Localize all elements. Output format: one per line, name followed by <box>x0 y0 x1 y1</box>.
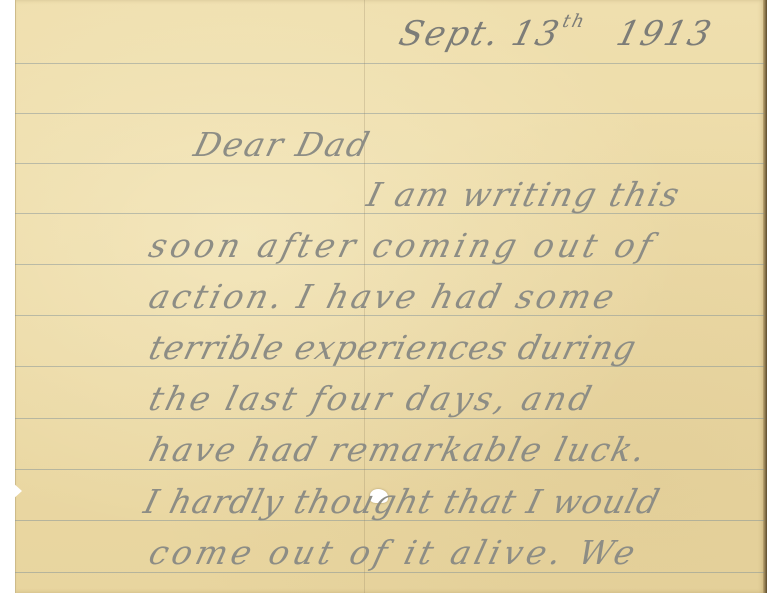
letter-line-2: soon after coming out of <box>145 226 660 265</box>
salutation: Dear Dad <box>190 125 375 164</box>
letter-line-7: I hardly thought that I would <box>140 482 664 521</box>
letter-line-3: action. I have had some <box>145 277 621 316</box>
letter-line-8: come out of it alive. We <box>145 533 643 572</box>
paper-right-edge <box>763 0 767 593</box>
letter-date: Sept. 13th 1913 <box>395 14 717 54</box>
ruled-line <box>15 163 764 164</box>
ruled-line <box>15 63 764 64</box>
letter-line-4: terrible experiences during <box>145 328 641 367</box>
date-ordinal: th <box>560 11 588 32</box>
letter-line-5: the last four days, and <box>145 379 598 418</box>
date-day: Sept. 13 <box>395 14 565 54</box>
letter-line-1: I am writing this <box>363 175 685 214</box>
paper-edge-notch <box>12 482 22 500</box>
letter-line-6: have had remarkable luck. <box>145 430 651 469</box>
ruled-line <box>15 113 764 114</box>
ruled-line <box>15 572 764 573</box>
ruled-line <box>15 469 764 470</box>
ruled-line <box>15 418 764 419</box>
date-year: 1913 <box>612 14 717 54</box>
